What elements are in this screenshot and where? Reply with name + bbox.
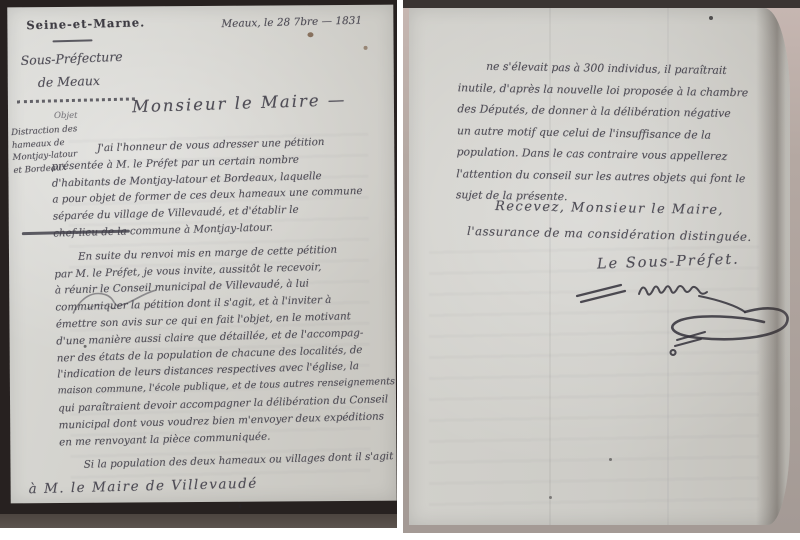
letterhead-office-line2: de Meaux bbox=[38, 73, 101, 90]
ink-stain bbox=[549, 496, 552, 499]
letterhead-dotted-rule bbox=[17, 97, 135, 103]
manuscript-line: Si la population des deux hameaux ou vil… bbox=[60, 448, 396, 474]
dateline: Meaux, le 28 7bre — 1831 bbox=[221, 15, 362, 30]
margin-note-heading: Objet bbox=[54, 111, 78, 121]
letterhead-rule bbox=[52, 39, 92, 42]
letter-page1-paper: Seine-et-Marne. Sous-Préfecture de Meaux… bbox=[7, 5, 396, 504]
ink-stain bbox=[307, 32, 313, 37]
signature-flourish bbox=[559, 270, 800, 360]
salutation: Monsieur le Maire — bbox=[132, 90, 347, 116]
ink-stain bbox=[709, 16, 713, 20]
ink-stain bbox=[239, 504, 242, 509]
letter-page2-paper: ne s'élevait pas à 300 individus, il par… bbox=[409, 8, 790, 525]
letter-photo-page2: ne s'élevait pas à 300 individus, il par… bbox=[403, 0, 800, 533]
page2-body: ne s'élevait pas à 300 individus, il par… bbox=[456, 55, 777, 211]
ink-stain bbox=[84, 345, 87, 348]
letterhead-office-line1: Sous-Préfecture bbox=[20, 49, 123, 68]
letterhead-department: Seine-et-Marne. bbox=[26, 15, 145, 32]
closing-line1: Recevez, Monsieur le Maire, bbox=[495, 199, 724, 218]
letter-photo-page1: Seine-et-Marne. Sous-Préfecture de Meaux… bbox=[0, 0, 397, 528]
page1-body: J'ai l'honneur de vous adresser une péti… bbox=[51, 132, 396, 474]
photo-background-strip bbox=[403, 0, 800, 8]
ink-stain bbox=[364, 46, 368, 50]
ink-stain bbox=[609, 458, 612, 461]
closing-line2: l'assurance de ma considération distingu… bbox=[467, 224, 752, 244]
footer-address: à M. le Maire de Villevaudé bbox=[28, 476, 257, 498]
